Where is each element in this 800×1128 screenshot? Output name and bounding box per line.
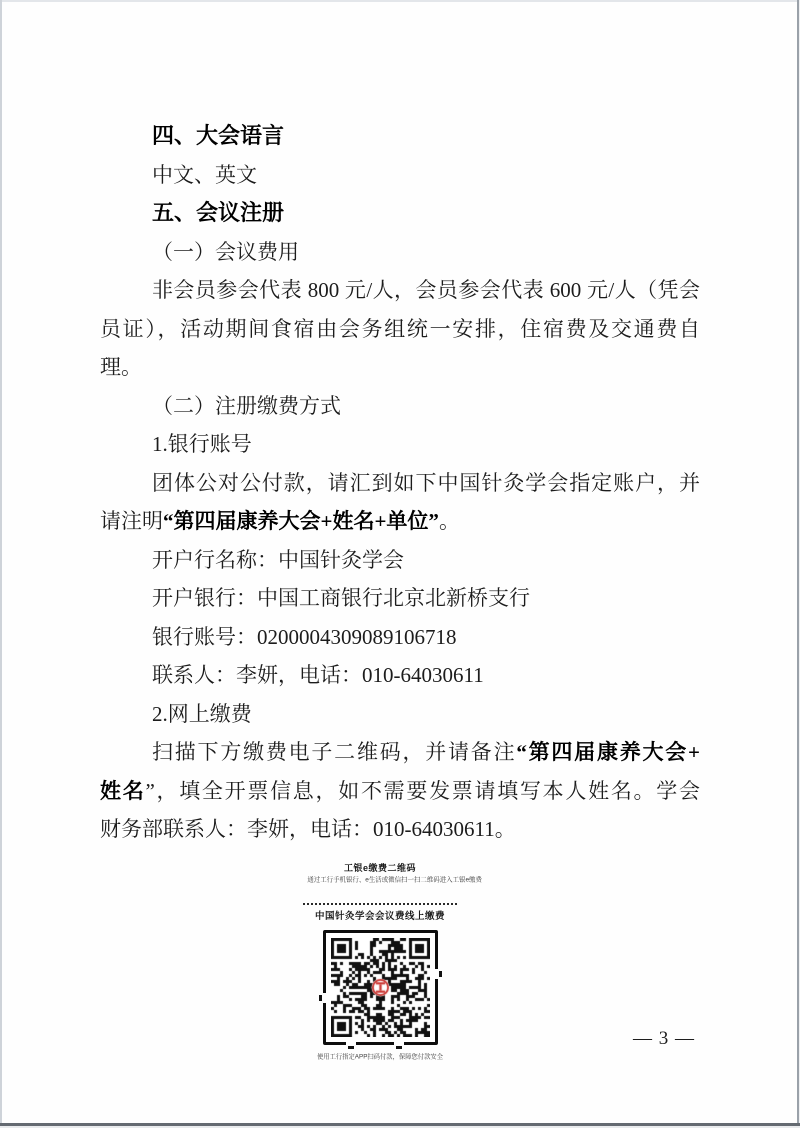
emphasized-text: 四、大会语言 <box>152 123 284 148</box>
qr-frame-tick <box>396 1046 402 1049</box>
text-line-4: （一）会议费用 <box>100 233 700 272</box>
text-segment: 团体公对公付款，请汇到如下中国针灸学会指定账户，并 <box>152 471 700 495</box>
page-edge-left <box>0 0 2 1128</box>
qr-frame-tick <box>348 1046 354 1049</box>
page-edge-right <box>797 0 799 1128</box>
qr-frame-gap <box>435 969 438 979</box>
text-segment: 理。 <box>100 355 142 379</box>
text-line-19: 财务部联系人：李妍，电话：010-64030611。 <box>100 810 700 849</box>
qr-frame-gap <box>346 1042 356 1045</box>
emphasized-text: “第四届康养大会+ <box>516 740 700 764</box>
text-segment: 2.网上缴费 <box>152 702 252 726</box>
text-line-15: 联系人：李妍，电话：010-64030611 <box>100 656 700 695</box>
text-line-6: 员证），活动期间食宿由会务组统一安排，住宿费及交通费自 <box>100 310 700 349</box>
text-line-2: 中文、英文 <box>100 156 700 195</box>
scanned-page: 四、大会语言中文、英文五、会议注册（一）会议费用非会员参会代表 800 元/人，… <box>0 0 800 1128</box>
payment-qr-section: 工银e缴费二维码 通过工行手机银行、e生活或微信扫一扫二维码进入工银e缴费 中国… <box>301 862 459 1062</box>
text-line-11: 请注明“第四届康养大会+姓名+单位”。 <box>100 502 700 541</box>
text-segment: 。 <box>439 509 460 533</box>
text-line-16: 2.网上缴费 <box>100 695 700 734</box>
emphasized-text: 五、会议注册 <box>152 200 284 225</box>
emphasized-text: 姓名 <box>100 779 145 803</box>
page-number: — 3 — <box>633 1028 723 1050</box>
text-segment: 中文、英文 <box>152 163 257 187</box>
qr-footnote: 使用工行指定APP扫码付款，保障您付款安全 <box>309 1053 451 1061</box>
text-segment: （一）会议费用 <box>152 240 299 264</box>
text-segment: 联系人：李妍，电话：010-64030611 <box>152 663 484 687</box>
text-line-7: 理。 <box>100 348 700 387</box>
text-line-17: 扫描下方缴费电子二维码，并请备注“第四届康养大会+ <box>100 733 700 772</box>
page-edge-top <box>0 0 800 2</box>
document-body: 四、大会语言中文、英文五、会议注册（一）会议费用非会员参会代表 800 元/人，… <box>100 117 700 849</box>
qr-code <box>331 938 430 1037</box>
text-line-9: 1.银行账号 <box>100 425 700 464</box>
text-line-5: 非会员参会代表 800 元/人，会员参会代表 600 元/人（凭会 <box>100 271 700 310</box>
text-line-1: 四、大会语言 <box>100 117 700 156</box>
text-segment: 非会员参会代表 800 元/人，会员参会代表 600 元/人（凭会 <box>152 278 700 302</box>
text-line-18: 姓名”，填全开票信息，如不需要发票请填写本人姓名。学会 <box>100 772 700 811</box>
qr-section-title: 工银e缴费二维码 <box>301 862 459 874</box>
text-line-3: 五、会议注册 <box>100 194 700 233</box>
qr-frame-tick <box>319 995 322 1001</box>
qr-section-subtitle: 通过工行手机银行、e生活或微信扫一扫二维码进入工银e缴费 <box>307 876 452 884</box>
qr-frame-gap <box>323 993 326 1003</box>
text-segment: 请注明 <box>100 509 163 533</box>
dashed-divider <box>303 903 457 905</box>
text-line-13: 开户银行：中国工商银行北京北新桥支行 <box>100 579 700 618</box>
text-segment: ”，填全开票信息，如不需要发票请填写本人姓名。学会 <box>145 779 700 803</box>
qr-frame-tick <box>439 971 442 977</box>
emphasized-text: “第四届康养大会+姓名+单位” <box>163 509 439 533</box>
text-segment: 开户银行：中国工商银行北京北新桥支行 <box>152 586 530 610</box>
text-segment: （二）注册缴费方式 <box>152 394 341 418</box>
text-segment: 员证），活动期间食宿由会务组统一安排，住宿费及交通费自 <box>100 317 700 341</box>
text-line-12: 开户行名称：中国针灸学会 <box>100 541 700 580</box>
text-line-10: 团体公对公付款，请汇到如下中国针灸学会指定账户，并 <box>100 464 700 503</box>
text-line-8: （二）注册缴费方式 <box>100 387 700 426</box>
text-segment: 开户行名称：中国针灸学会 <box>152 548 404 572</box>
text-segment: 银行账号：0200004309089106718 <box>152 625 457 649</box>
text-segment: 财务部联系人：李妍，电话：010-64030611。 <box>100 817 516 841</box>
qr-service-title: 中国针灸学会会议费线上缴费 <box>301 910 459 923</box>
qr-frame <box>323 930 438 1045</box>
qr-frame-gap <box>394 1042 404 1045</box>
text-segment: 扫描下方缴费电子二维码，并请备注 <box>152 740 516 764</box>
text-line-14: 银行账号：0200004309089106718 <box>100 618 700 657</box>
text-segment: 1.银行账号 <box>152 432 252 456</box>
